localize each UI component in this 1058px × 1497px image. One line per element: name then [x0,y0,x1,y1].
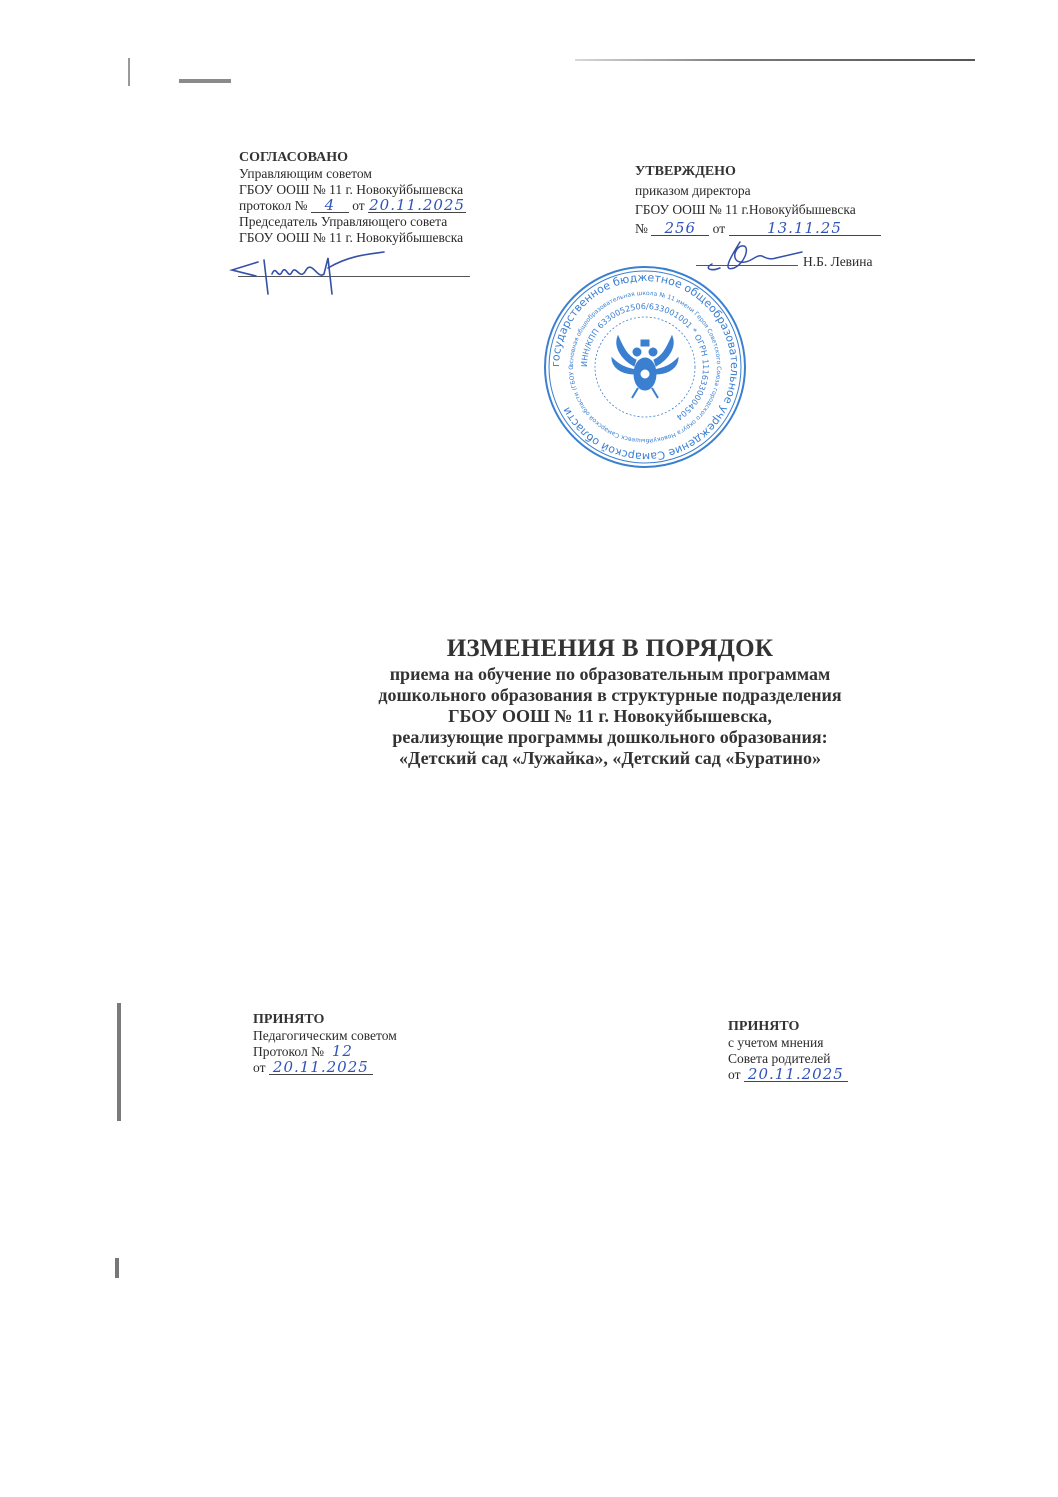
order-date-label: от [713,221,725,236]
order-date: 13.11.25 [729,221,881,236]
approval-director-line2: ГБОУ ООШ № 11 г.Новокуйбышевска [635,200,881,219]
approval-council-protocol: протокол № 4 от 20.11.2025 [239,198,466,214]
protocol-label: протокол № [239,198,307,213]
approval-council-line5: ГБОУ ООШ № 11 г. Новокуйбышевска [239,230,466,246]
scan-edge-mark-left [115,1258,119,1278]
accepted-pedagogical-date: от 20.11.2025 [253,1060,397,1076]
approval-director-heading: УТВЕРЖДЕНО [635,162,881,181]
approval-director-line1: приказом директора [635,181,881,200]
council-chair-signature [228,250,388,300]
pedagogical-date-label: от [253,1060,265,1075]
approval-council-block: СОГЛАСОВАНО Управляющим советом ГБОУ ООШ… [239,150,466,246]
scan-mark-top-left [179,79,231,83]
official-stamp: государственное бюджетное общеобразовате… [540,262,750,472]
protocol-date: 20.11.2025 [368,198,466,213]
parents-date-label: от [728,1067,740,1082]
document-subtitle-line-4: реализующие программы дошкольного образо… [320,727,900,748]
pedagogical-protocol-number: 12 [327,1044,357,1058]
date-label: от [352,198,364,213]
approval-director-block: УТВЕРЖДЕНО приказом директора ГБОУ ООШ №… [635,162,881,238]
order-label: № [635,221,648,236]
order-number: 256 [651,221,709,236]
accepted-parents-date: от 20.11.2025 [728,1067,848,1083]
coat-of-arms-icon [612,336,678,398]
protocol-number: 4 [311,198,349,213]
scan-edge-line-top [575,59,975,61]
approval-council-line1: Управляющим советом [239,166,466,182]
document-subtitle-line-2: дошкольного образования в структурные по… [320,685,900,706]
parents-date: 20.11.2025 [744,1067,848,1082]
approval-council-line4: Председатель Управляющего совета [239,214,466,230]
document-title: ИЗМЕНЕНИЯ В ПОРЯДОК [320,634,900,664]
scan-edge-line-left [117,1003,121,1121]
accepted-pedagogical-block: ПРИНЯТО Педагогическим советом Протокол … [253,1012,397,1076]
pedagogical-protocol-label: Протокол № [253,1044,324,1059]
director-name: Н.Б. Левина [803,254,873,270]
approval-council-heading: СОГЛАСОВАНО [239,150,466,166]
accepted-pedagogical-heading: ПРИНЯТО [253,1012,397,1028]
accepted-parents-heading: ПРИНЯТО [728,1019,848,1035]
document-subtitle-line-1: приема на обучение по образовательным пр… [320,664,900,685]
accepted-parents-line1: с учетом мнения [728,1035,848,1051]
scan-edge-line-top-left [128,58,130,86]
accepted-parents-block: ПРИНЯТО с учетом мнения Совета родителей… [728,1019,848,1083]
document-subtitle-line-5: «Детский сад «Лужайка», «Детский сад «Бу… [320,748,900,769]
document-title-block: ИЗМЕНЕНИЯ В ПОРЯДОК приема на обучение п… [320,634,900,769]
approval-director-order: № 256 от 13.11.25 [635,219,881,238]
accepted-pedagogical-line1: Педагогическим советом [253,1028,397,1044]
pedagogical-date: 20.11.2025 [269,1060,373,1075]
document-subtitle-line-3: ГБОУ ООШ № 11 г. Новокуйбышевска, [320,706,900,727]
